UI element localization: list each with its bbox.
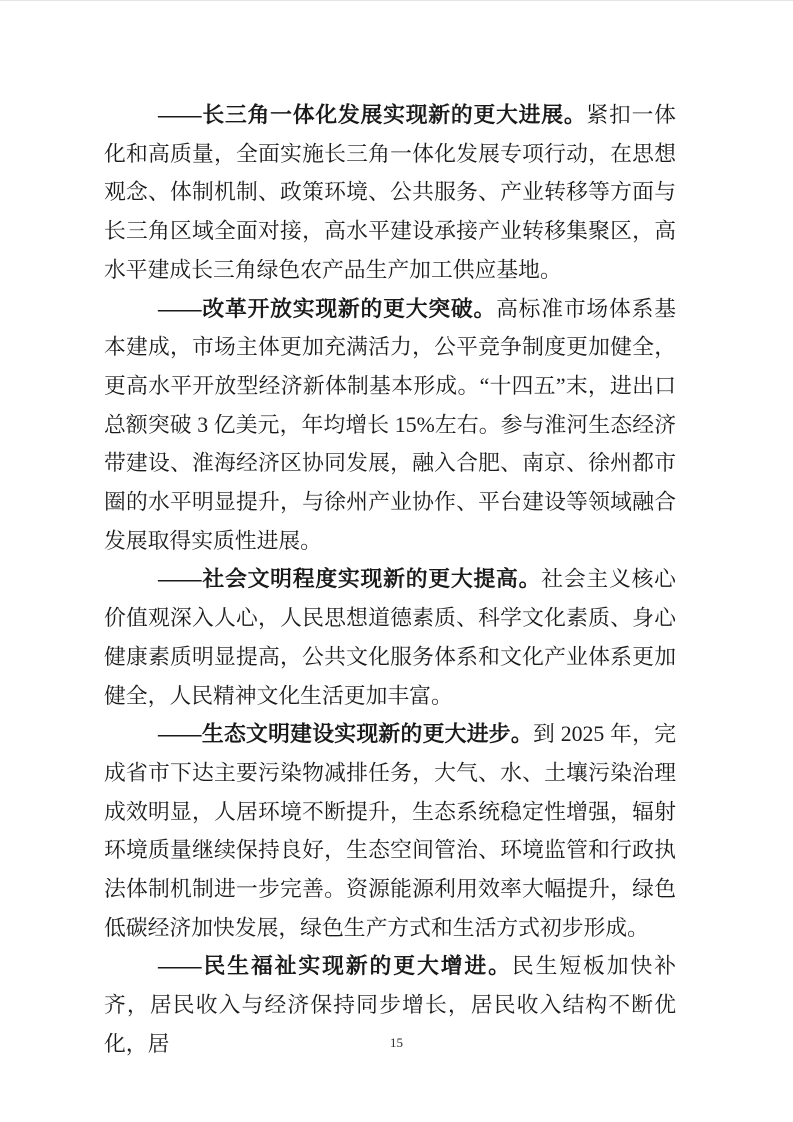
paragraph-lead: ——改革开放实现新的更大突破。 [158,297,496,321]
paragraph-gaigekaifang: ——改革开放实现新的更大突破。高标准市场体系基本建成，市场主体更加充满活力，公平… [104,290,676,561]
paragraph-shengtaiwenming: ——生态文明建设实现新的更大进步。到 2025 年，完成省市下达主要污染物减排任… [104,715,676,947]
paragraph-shehuiwenming: ——社会文明程度实现新的更大提高。社会主义核心价值观深入人心，人民思想道德素质、… [104,560,676,715]
paragraph-body: 紧扣一体化和高质量，全面实施长三角一体化发展专项行动，在思想观念、体制机制、政策… [104,103,676,282]
page-top-edge [0,0,793,1]
paragraph-lead: ——民生福祉实现新的更大增进。 [158,954,512,978]
paragraph-body: 高标准市场体系基本建成，市场主体更加充满活力，公平竞争制度更加健全，更高水平开放… [104,297,676,553]
paragraph-lead: ——长三角一体化发展实现新的更大进展。 [158,103,586,127]
page-number: 15 [0,1035,793,1051]
page-content: ——长三角一体化发展实现新的更大进展。紧扣一体化和高质量，全面实施长三角一体化发… [104,96,676,1064]
paragraph-changsanjiao: ——长三角一体化发展实现新的更大进展。紧扣一体化和高质量，全面实施长三角一体化发… [104,96,676,290]
paragraph-lead: ——社会文明程度实现新的更大提高。 [158,567,541,591]
paragraph-lead: ——生态文明建设实现新的更大进步。 [158,722,533,746]
paragraph-body: 到 2025 年，完成省市下达主要污染物减排任务，大气、水、土壤污染治理成效明显… [104,722,676,940]
document-page: ——长三角一体化发展实现新的更大进展。紧扣一体化和高质量，全面实施长三角一体化发… [0,0,793,1122]
